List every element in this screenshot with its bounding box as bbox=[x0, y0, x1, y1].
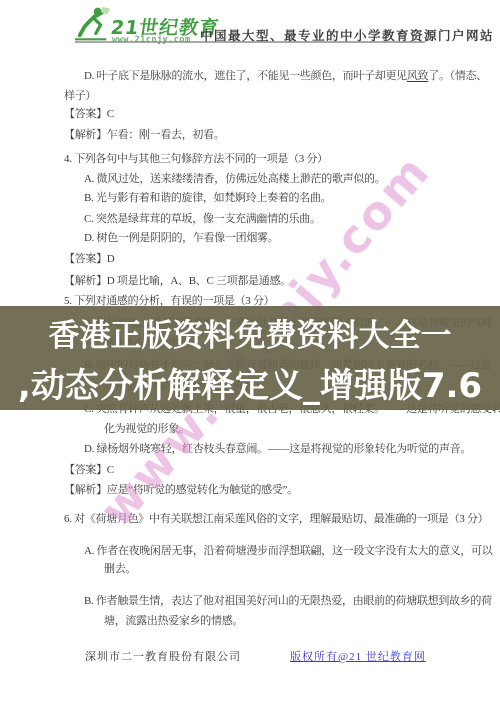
running-person-icon bbox=[73, 5, 111, 43]
underlined-term: 风致 bbox=[407, 70, 428, 82]
doc-line: 塘，流露出热爱家乡的情感。 bbox=[104, 615, 243, 627]
copyright-link[interactable]: 版权所有@21 世纪教育网 bbox=[290, 648, 426, 664]
doc-line: 【答案】D bbox=[64, 253, 114, 265]
site-tagline: 中国最大型、最专业的中小学教育资源门户网站 bbox=[200, 26, 494, 44]
doc-line: 化为视觉的形象。 bbox=[104, 423, 190, 435]
doc-line: 【答案】C bbox=[64, 464, 114, 476]
doc-line: 删去。 bbox=[104, 563, 136, 575]
doc-line: C. 突然是绿茸茸的草坂，像一支充满幽情的乐曲。 bbox=[84, 213, 321, 225]
doc-line: D. 绿杨烟外晓寒轻，红杏枝头春意闹。——这是将视觉的形象转化为听觉的声音。 bbox=[84, 443, 471, 455]
doc-line: A. 作者在夜晚闲居无事，沿着荷塘漫步而浮想联翩，这一段文字没有太大的意义，可以 bbox=[84, 545, 492, 557]
doc-line: 6. 对《荷塘月色》中有关联想江南采莲风俗的文字，理解最贴切、最准确的一项是（3… bbox=[64, 513, 488, 525]
site-header: 21世纪教育 www.21cnjy.com 中国最大型、最专业的中小学教育资源门… bbox=[0, 0, 500, 52]
doc-line: B. 光与影有着和谐的旋律，如梵婀玲上奏着的名曲。 bbox=[84, 192, 331, 204]
doc-line: 【解析】D 项是比喻，A、B、C 三项都是通感。 bbox=[64, 275, 291, 287]
doc-line: B. 作者触景生情，表达了他对祖国美好河山的无限热爱，由眼前的荷塘联想到故乡的荷 bbox=[84, 595, 492, 607]
brand-url: www.21cnjy.com bbox=[112, 35, 191, 45]
doc-line: 【解析】应是“将听觉的感觉转化为触觉的感受”。 bbox=[64, 484, 298, 496]
doc-line: 样子） bbox=[64, 90, 96, 102]
overlay-banner-line2: ,动态分析解释定义_增强版7.6 bbox=[18, 358, 482, 407]
overlay-banner-line1: 香港正版资料免费资料大全一 bbox=[49, 310, 452, 355]
doc-line: 【解析】乍看：刚一看去，初看。 bbox=[64, 129, 225, 141]
doc-line: D. 叶子底下是脉脉的流水，遮住了，不能见一些颜色，而叶子却更见风致了。（情态、 bbox=[84, 70, 487, 82]
doc-line: 【答案】C bbox=[64, 108, 114, 120]
doc-line: 4. 下列各句中与其他三句修辞方法不同的一项是（3 分） bbox=[64, 153, 328, 165]
overlay-banner: 香港正版资料免费资料大全一 ,动态分析解释定义_增强版7.6 bbox=[0, 306, 500, 410]
page-footer: 深圳市二一教育股份有限公司 版权所有@21 世纪教育网 bbox=[0, 646, 500, 666]
site-logo: 21世纪教育 www.21cnjy.com bbox=[73, 3, 198, 45]
company-name: 深圳市二一教育股份有限公司 bbox=[85, 648, 241, 664]
doc-line: A. 微风过处，送来缕缕清香，仿佛远处高楼上渺茫的歌声似的。 bbox=[84, 173, 385, 185]
doc-line: D. 树色一例是阴阴的，乍看像一团烟雾。 bbox=[84, 232, 278, 244]
